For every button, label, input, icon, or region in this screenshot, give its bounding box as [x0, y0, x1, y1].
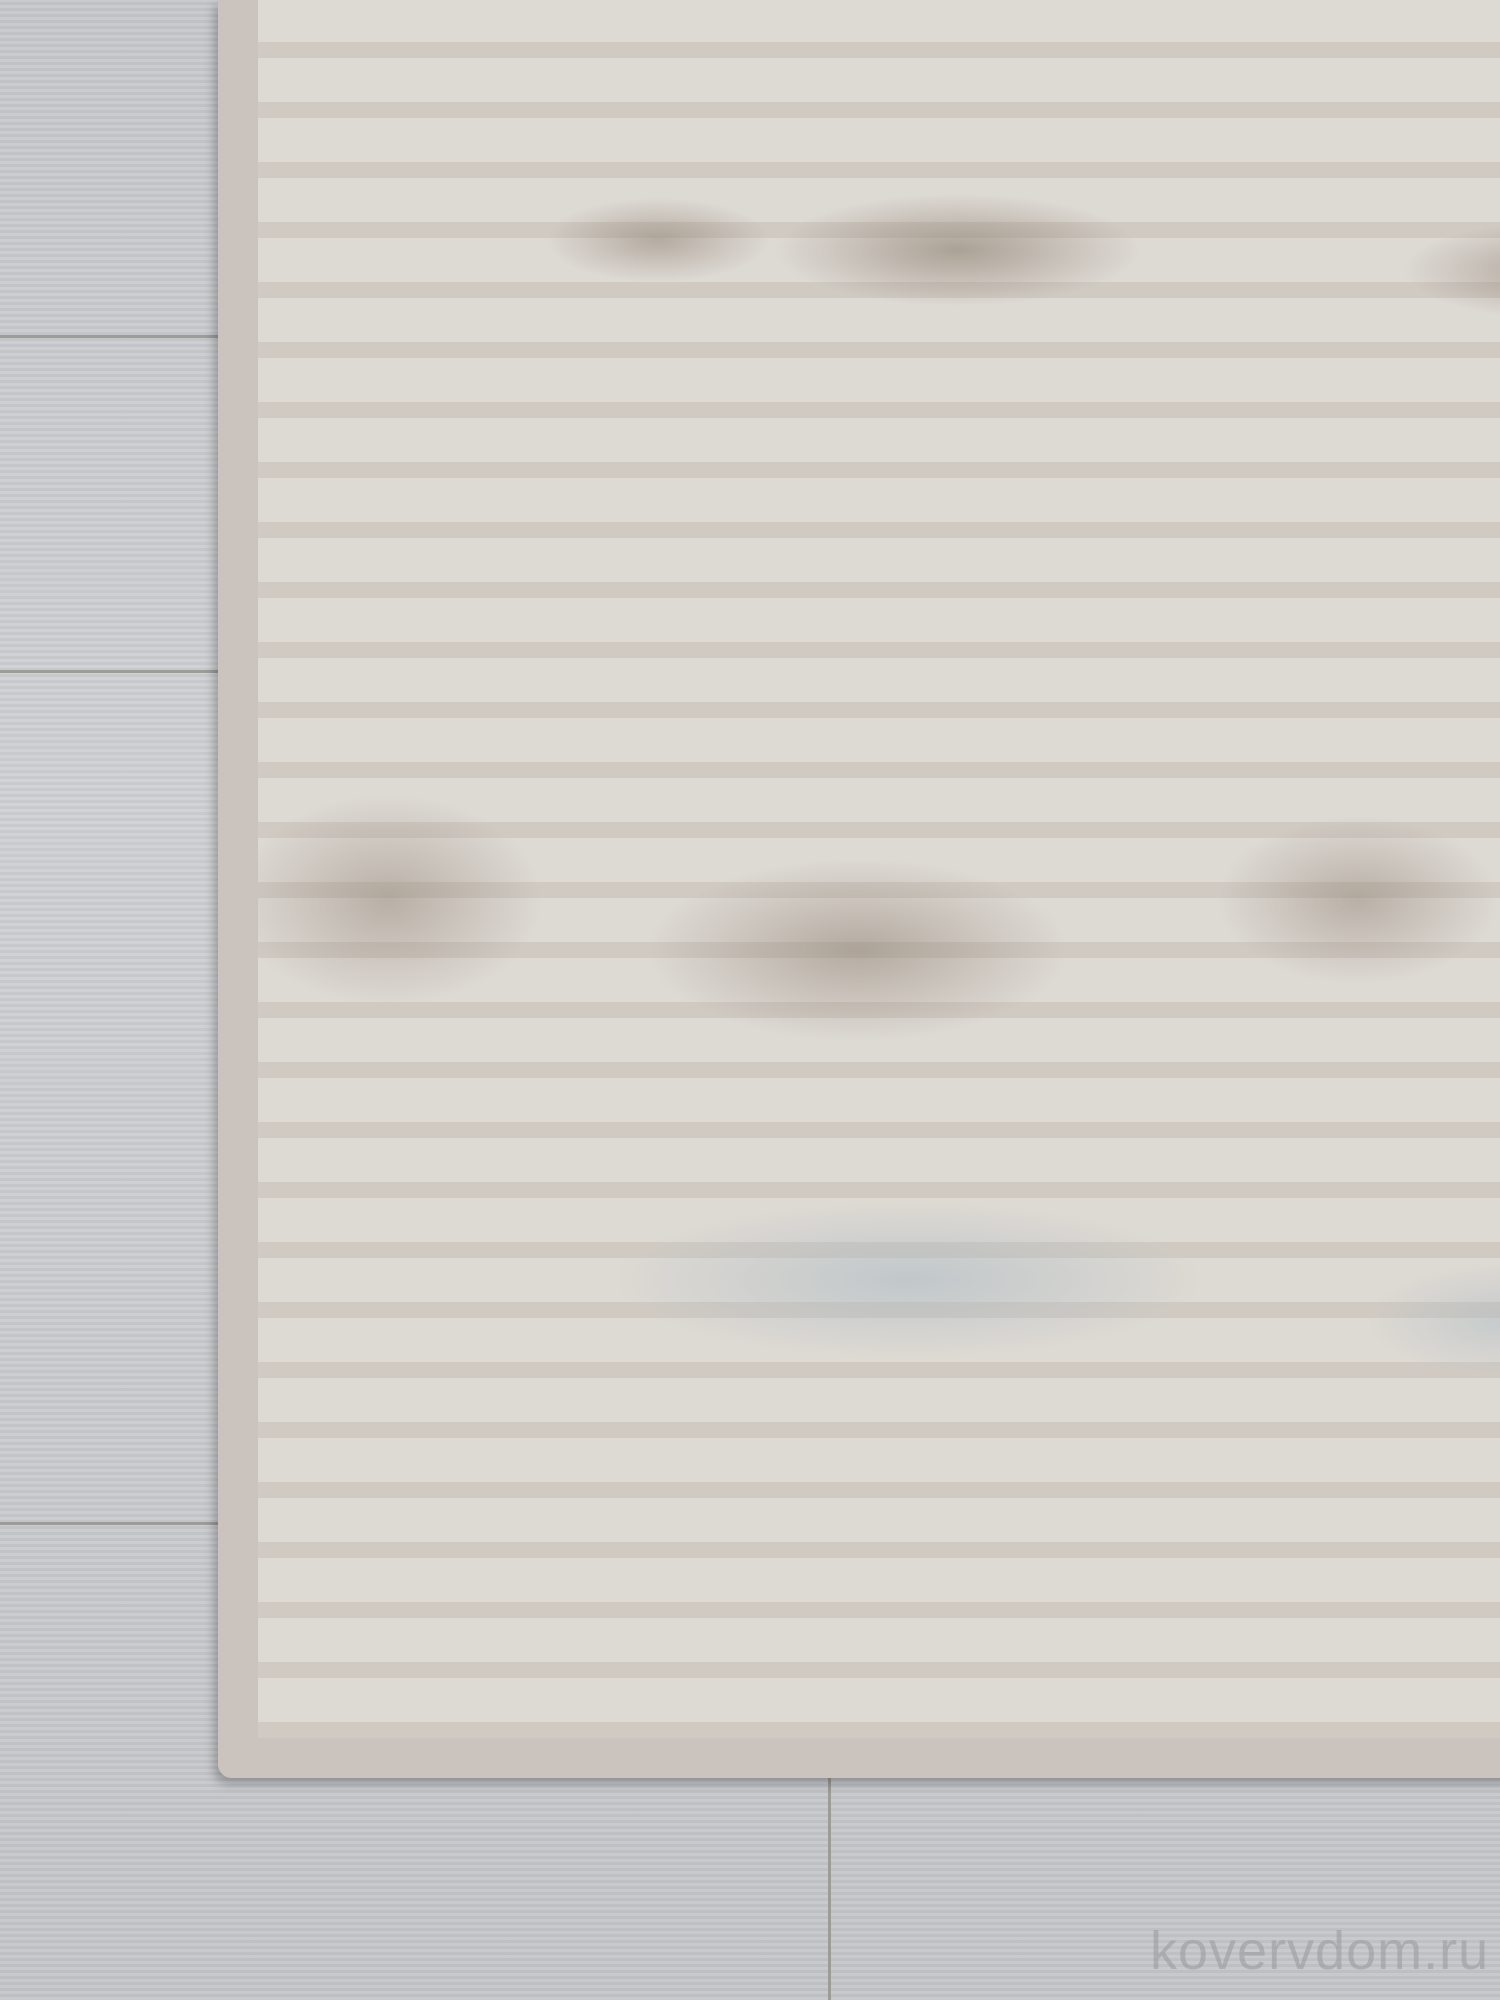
floor-seam — [0, 670, 218, 673]
watermark: kovervdom.ru — [1150, 1920, 1489, 1982]
floor-seam — [828, 1778, 831, 2000]
floor-seam — [0, 1522, 218, 1525]
floor-seam — [0, 335, 218, 338]
rug-binding-edge — [218, 0, 1500, 1778]
